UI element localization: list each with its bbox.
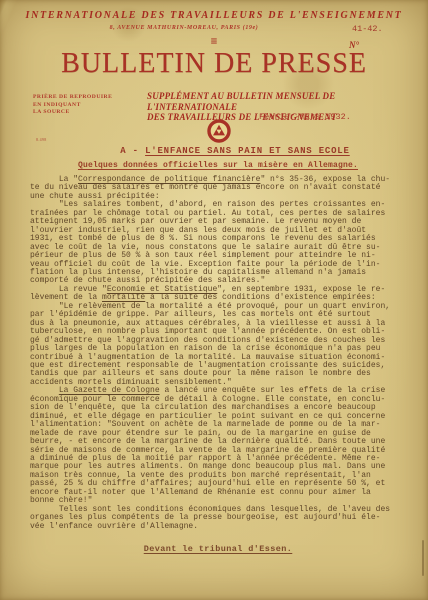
page-title: BULLETIN DE PRESSE	[0, 48, 428, 80]
section-title: L'ENFANCE SANS PAIN ET SANS ECOLE	[145, 146, 350, 156]
footer-heading: Devant le tribunal d'Essen.	[30, 544, 406, 554]
section-prefix: A -	[120, 146, 145, 156]
ite-circle-triangle-emblem-icon	[207, 119, 231, 143]
paragraph: La "Correspondance de politique financiè…	[30, 176, 412, 201]
organization-address: 8, AVENUE MATHURIN-MOREAU, PARIS (19e)	[0, 25, 368, 31]
reproduce-notice: PRIÈRE DE REPRODUIRE EN INDIQUANT LA SOU…	[33, 94, 112, 117]
issue-date: Février-Mars 1932.	[259, 112, 351, 122]
paragraph: La revue "Economie et Statistique", en s…	[30, 286, 412, 303]
reproduce-notice-line: EN INDIQUANT	[33, 102, 112, 110]
paragraph: Telles sont les conditions économiques d…	[30, 506, 412, 531]
paragraph: "Les salaires tombent, d'abord, en raiso…	[30, 201, 412, 286]
supplement-line: SUPPLÉMENT AU BULLETIN MENSUEL DE L'INTE…	[147, 91, 409, 112]
issue-numbers: 41-42.	[352, 24, 383, 34]
bulletin-page: INTERNATIONALE DES TRAVAILLEURS DE L'ENS…	[0, 0, 428, 600]
print-reference-mark: 8.498	[36, 137, 47, 142]
reproduce-notice-line: PRIÈRE DE REPRODUIRE	[33, 94, 112, 102]
section-heading: A - L'ENFANCE SANS PAIN ET SANS ECOLE	[30, 146, 426, 156]
reproduce-notice-line: LA SOURCE	[33, 109, 112, 117]
article-subtitle: Quelques données officielles sur la misè…	[30, 161, 406, 170]
paragraph: La Gazette de Cologne a lancé une enquêt…	[30, 387, 412, 505]
paragraph: "Le relèvement de la mortalité a été pro…	[30, 303, 412, 388]
paper-crease	[422, 540, 424, 576]
article-body: La "Correspondance de politique financiè…	[30, 176, 412, 531]
organization-title: INTERNATIONALE DES TRAVAILLEURS DE L'ENS…	[0, 10, 428, 21]
separator-glyph: ≡	[0, 34, 428, 49]
